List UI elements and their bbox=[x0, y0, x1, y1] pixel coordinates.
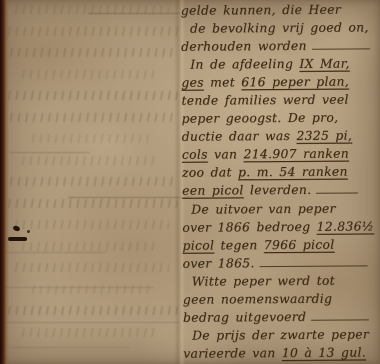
dash-rule bbox=[311, 315, 369, 320]
manuscript-page: gelde kunnen, die Heerde bevolking vrij … bbox=[0, 0, 380, 364]
underlined-handwriting: p. m. 54 ranken bbox=[238, 165, 348, 180]
page-binding-edge bbox=[0, 0, 9, 364]
underlined-handwriting: 7966 picol bbox=[264, 237, 335, 251]
handwriting-text: De uitvoer van peper bbox=[191, 201, 336, 216]
handwriting-text: over 1865. bbox=[183, 256, 255, 271]
handwriting-text: Witte peper werd tot bbox=[192, 273, 335, 288]
bleedthrough-underline bbox=[6, 252, 106, 253]
handwriting-text: tegen bbox=[214, 238, 264, 252]
handwriting-text: geen noemenswaardig bbox=[183, 291, 333, 306]
manuscript-line: varieerde van 10 à 13 gul. bbox=[183, 342, 380, 361]
bleedthrough-underline bbox=[68, 197, 190, 198]
handwriting-text: In de afdeeling bbox=[190, 57, 299, 72]
handwriting-text: met bbox=[204, 75, 242, 89]
underlined-handwriting: 2325 pi, bbox=[296, 129, 352, 143]
handwriting-text: varieerde van bbox=[183, 346, 282, 361]
handwriting-text: derhouden worden bbox=[181, 39, 307, 54]
manuscript-line: een picol leverden. bbox=[182, 180, 380, 199]
handwriting-text: zoo dat bbox=[182, 166, 238, 180]
underlined-handwriting: picol bbox=[182, 238, 214, 252]
dash-rule bbox=[260, 261, 368, 267]
manuscript-line: De uitvoer van peper bbox=[182, 198, 380, 217]
manuscript-line: In de afdeeling IX Mar, bbox=[181, 53, 379, 72]
handwriting-text: leverden. bbox=[244, 183, 312, 197]
underlined-handwriting: ges bbox=[181, 76, 204, 90]
manuscript-line: geen noemenswaardig bbox=[183, 288, 380, 307]
underlined-handwriting: een picol bbox=[182, 184, 244, 198]
manuscript-line: gelde kunnen, die Heer bbox=[181, 0, 379, 19]
handwriting-text: van bbox=[208, 148, 244, 162]
manuscript-line: de bevolking vrij goed on, bbox=[181, 17, 379, 36]
underlined-handwriting: 214.907 ranken bbox=[243, 147, 349, 162]
manuscript-line: peper geoogst. De pro, bbox=[181, 108, 379, 127]
manuscript-line: ges met 616 peper plan, bbox=[181, 71, 379, 90]
bleedthrough-underline bbox=[4, 322, 180, 323]
underlined-handwriting: 12.836½ bbox=[317, 219, 375, 233]
handwriting-text: De prijs der zwarte peper bbox=[192, 327, 369, 342]
underlined-handwriting: 616 peper plan, bbox=[241, 75, 349, 90]
handwriting-text: over 1866 bedroeg bbox=[182, 219, 316, 234]
manuscript-text-column: gelde kunnen, die Heerde bevolking vrij … bbox=[181, 0, 380, 364]
dash-rule bbox=[312, 44, 370, 49]
manuscript-line: tende families werd veel bbox=[181, 90, 379, 109]
manuscript-line: De prijs der zwarte peper bbox=[183, 324, 380, 343]
handwriting-text: de bevolking vrij goed on, bbox=[190, 20, 369, 35]
handwriting-text: bedrag uitgevoerd bbox=[183, 310, 306, 325]
bleedthrough-underline bbox=[10, 347, 130, 348]
handwriting-text: peper geoogst. De pro, bbox=[182, 111, 339, 126]
manuscript-line: over 1866 bedroeg 12.836½ bbox=[182, 216, 380, 235]
manuscript-line: over 1865. bbox=[182, 252, 380, 271]
bleedthrough-underline bbox=[4, 287, 154, 288]
handwriting-text: tende families werd veel bbox=[181, 93, 348, 108]
underlined-handwriting: cols bbox=[182, 148, 208, 162]
dash-rule bbox=[316, 189, 358, 194]
underlined-handwriting: 10 à 13 gul. bbox=[282, 345, 366, 360]
manuscript-line: bedrag uitgevoerd bbox=[183, 306, 380, 325]
verso-bleedthrough-text bbox=[7, 5, 183, 361]
manuscript-line: Witte peper werd tot bbox=[183, 270, 380, 289]
manuscript-line: picol tegen 7966 picol bbox=[182, 234, 380, 253]
manuscript-line: ductie daar was 2325 pi, bbox=[182, 126, 380, 145]
bleedthrough-underline bbox=[88, 13, 180, 14]
manuscript-line: derhouden worden bbox=[181, 35, 379, 54]
ink-spot bbox=[27, 230, 30, 233]
handwriting-text: ductie daar was bbox=[182, 129, 297, 144]
manuscript-line: zoo dat p. m. 54 ranken bbox=[182, 162, 380, 181]
underlined-handwriting: IX Mar, bbox=[299, 57, 349, 71]
ink-spot bbox=[8, 237, 27, 241]
handwriting-text: gelde kunnen, die Heer bbox=[181, 3, 341, 18]
bleedthrough-underline bbox=[10, 152, 90, 153]
manuscript-line: cols van 214.907 ranken bbox=[182, 144, 380, 163]
